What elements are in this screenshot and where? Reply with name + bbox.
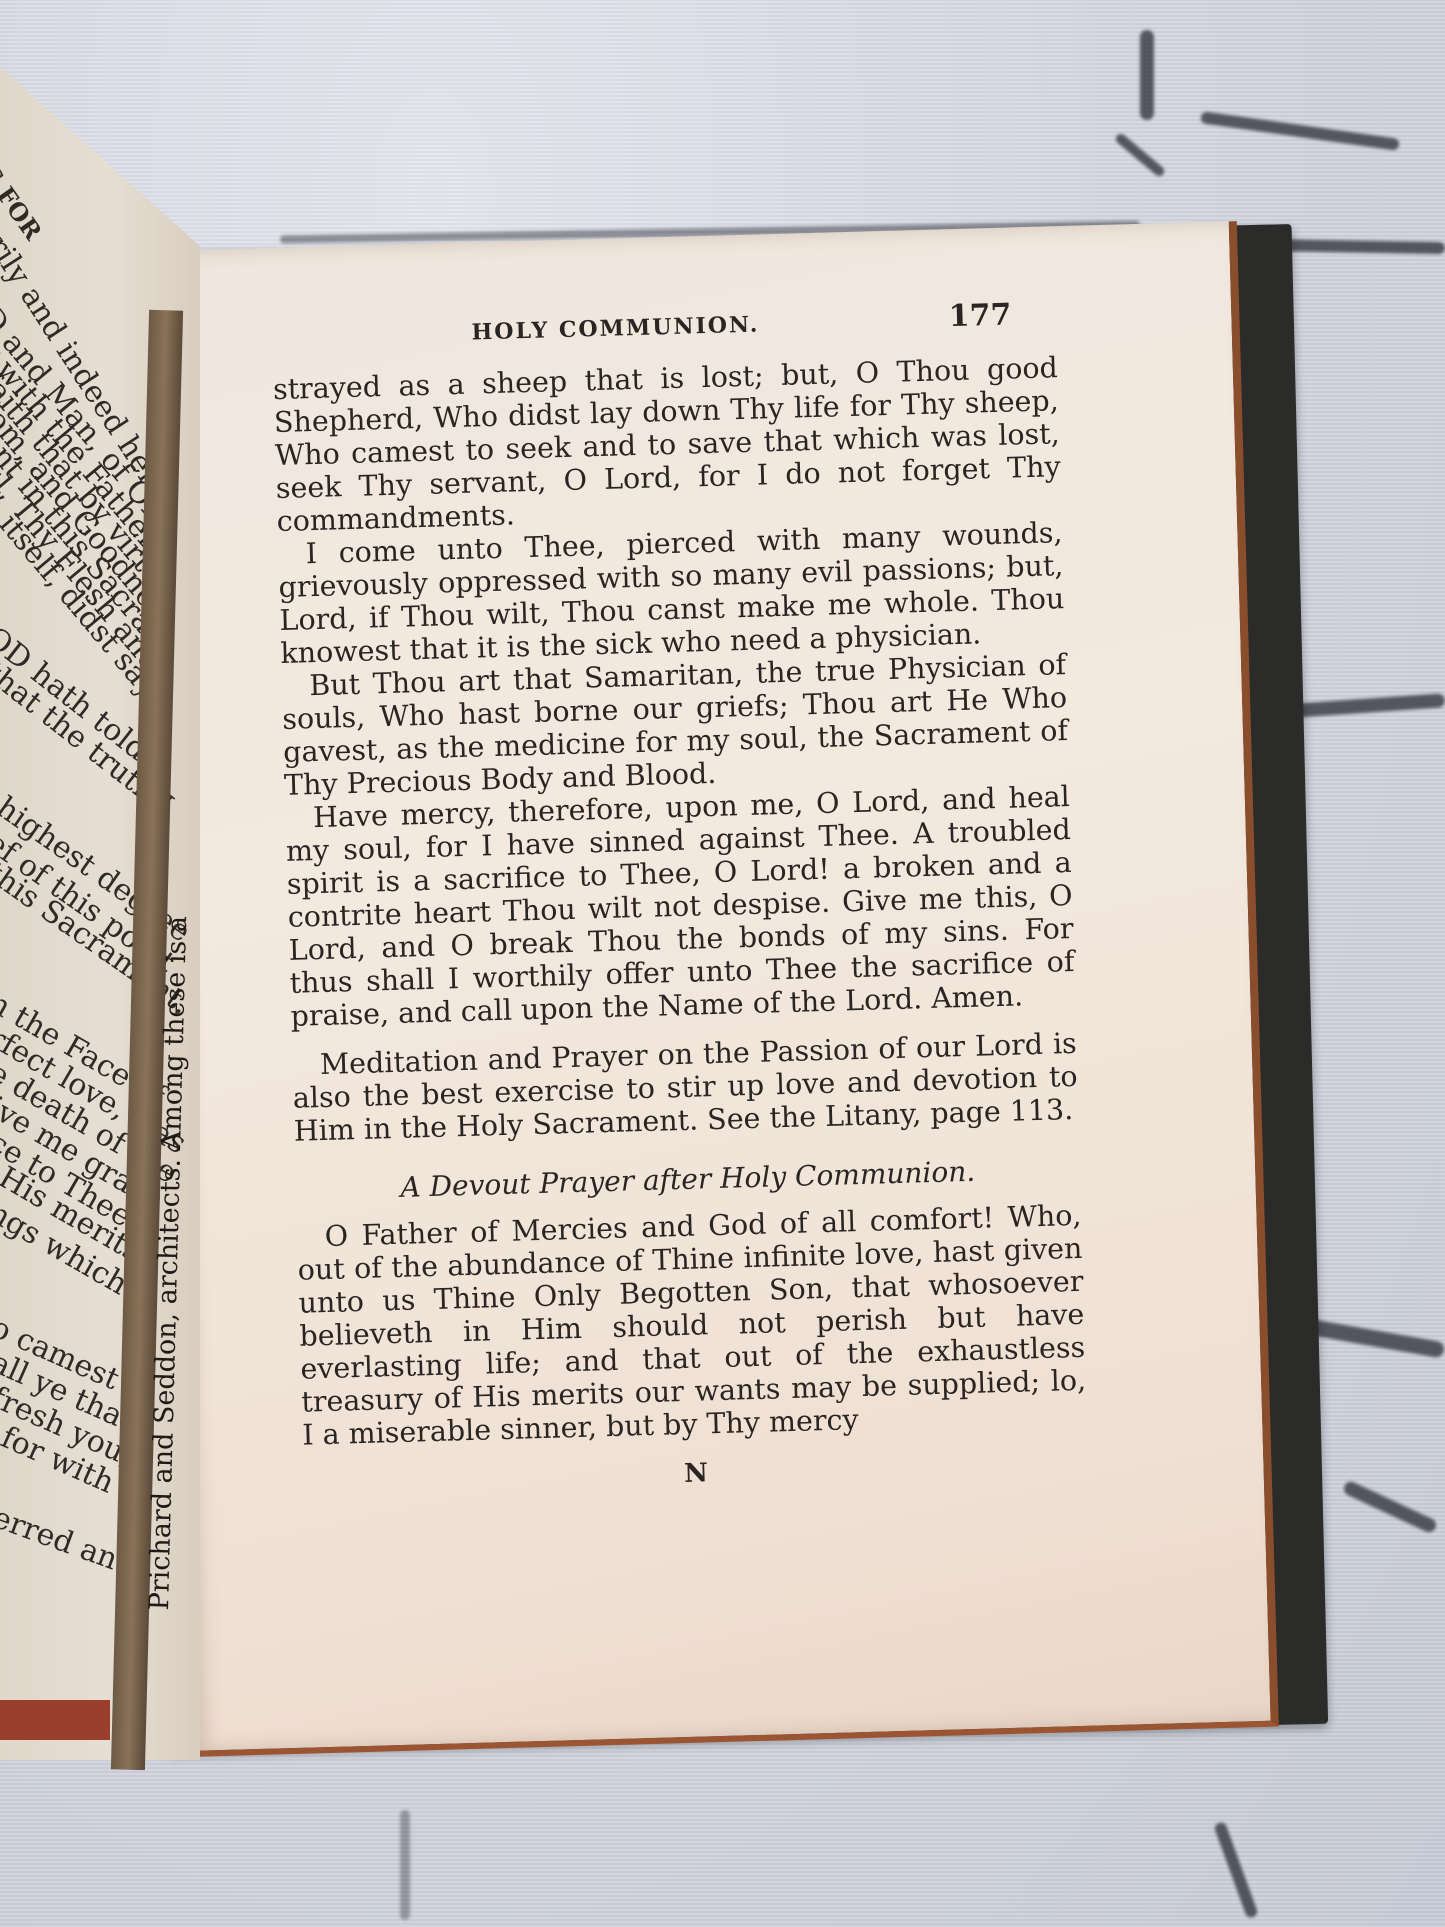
prayer-paragraph: O Father of Mercies and God of all comfo…	[296, 1199, 1087, 1452]
page-red-edge	[0, 1700, 110, 1740]
paragraph: strayed as a sheep that is lost; but, O …	[273, 351, 1062, 538]
running-title: HOLY COMMUNION.	[471, 311, 759, 345]
paragraph: But Thou art that Samaritan, the true Ph…	[281, 648, 1069, 802]
right-page-content: HOLY COMMUNION. 177 strayed as a sheep t…	[271, 296, 1089, 1499]
page-number: 177	[948, 297, 1012, 334]
paragraph: Have mercy, therefore, upon me, O Lord, …	[285, 780, 1076, 1033]
brush-stroke	[1140, 30, 1154, 120]
right-page: HOLY COMMUNION. 177 strayed as a sheep t…	[149, 221, 1279, 1757]
paragraph: Meditation and Prayer on the Passion of …	[292, 1027, 1079, 1148]
paragraph: I come unto Thee, pierced with many woun…	[277, 516, 1065, 670]
signature-mark: N	[303, 1448, 1089, 1500]
running-head: HOLY COMMUNION. 177	[471, 297, 1012, 347]
brush-stroke	[400, 1810, 410, 1920]
left-page: S FOR erily and indeed here D and Man, o…	[0, 10, 240, 1770]
section-heading: A Devout Prayer after Holy Communion.	[295, 1152, 1081, 1207]
